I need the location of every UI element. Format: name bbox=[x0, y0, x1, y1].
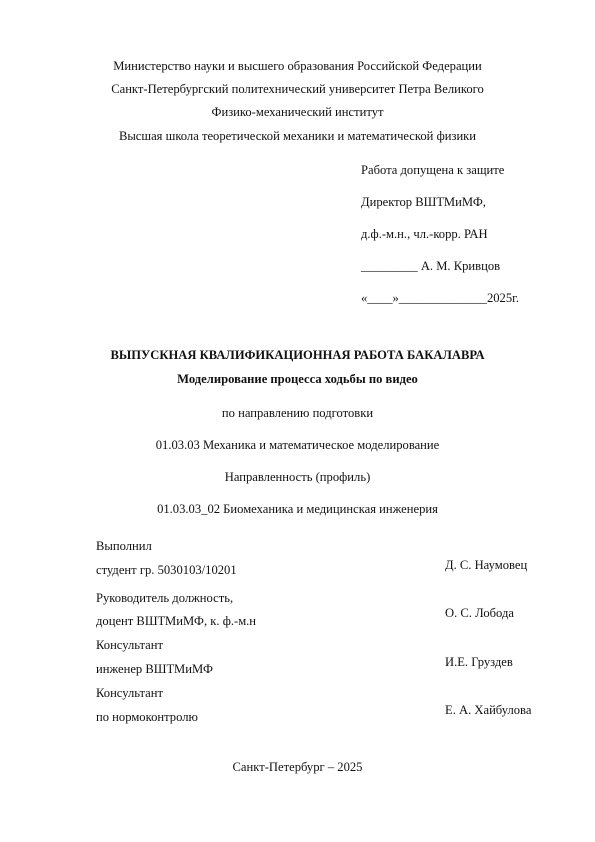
approval-position: Директор ВШТМиМФ, bbox=[361, 194, 486, 210]
signatory-name: Е. А. Хайбулова bbox=[445, 702, 531, 718]
school-line: Высшая школа теоретической механики и ма… bbox=[0, 128, 595, 144]
institute-line: Физико-механический институт bbox=[0, 104, 595, 120]
approval-signature: _________ А. М. Кривцов bbox=[361, 258, 500, 274]
signatory-name: И.Е. Груздев bbox=[445, 654, 513, 670]
title-page: Министерство науки и высшего образования… bbox=[0, 0, 595, 842]
direction-value: 01.03.03 Механика и математическое модел… bbox=[0, 437, 595, 453]
direction-label: по направлению подготовки bbox=[0, 405, 595, 421]
signatory-name: Д. С. Наумовец bbox=[445, 557, 527, 573]
signatory-role-line2: студент гр. 5030103/10201 bbox=[96, 562, 237, 578]
signatory-name: О. С. Лобода bbox=[445, 605, 514, 621]
signatory-role-line2: инженер ВШТМиМФ bbox=[96, 661, 213, 677]
approval-degree: д.ф.-м.н., чл.-корр. РАН bbox=[361, 226, 488, 242]
university-line: Санкт-Петербургский политехнический унив… bbox=[0, 81, 595, 97]
thesis-topic: Моделирование процесса ходьбы по видео bbox=[0, 371, 595, 387]
profile-label: Направленность (профиль) bbox=[0, 469, 595, 485]
signatory-role-line1: Консультант bbox=[96, 637, 163, 653]
signatory-role-line1: Консультант bbox=[96, 685, 163, 701]
ministry-line: Министерство науки и высшего образования… bbox=[0, 58, 595, 74]
signatory-role-line1: Руководитель должность, bbox=[96, 590, 233, 606]
approval-date: «____»______________2025г. bbox=[361, 290, 519, 306]
profile-value: 01.03.03_02 Биомеханика и медицинская ин… bbox=[0, 501, 595, 517]
approval-admitted: Работа допущена к защите bbox=[361, 162, 504, 178]
signatory-role-line2: по нормоконтролю bbox=[96, 709, 198, 725]
signatory-role-line1: Выполнил bbox=[96, 538, 152, 554]
work-type-heading: ВЫПУСКНАЯ КВАЛИФИКАЦИОННАЯ РАБОТА БАКАЛА… bbox=[0, 347, 595, 363]
city-year: Санкт-Петербург – 2025 bbox=[0, 759, 595, 775]
signatory-role-line2: доцент ВШТМиМФ, к. ф.-м.н bbox=[96, 613, 256, 629]
